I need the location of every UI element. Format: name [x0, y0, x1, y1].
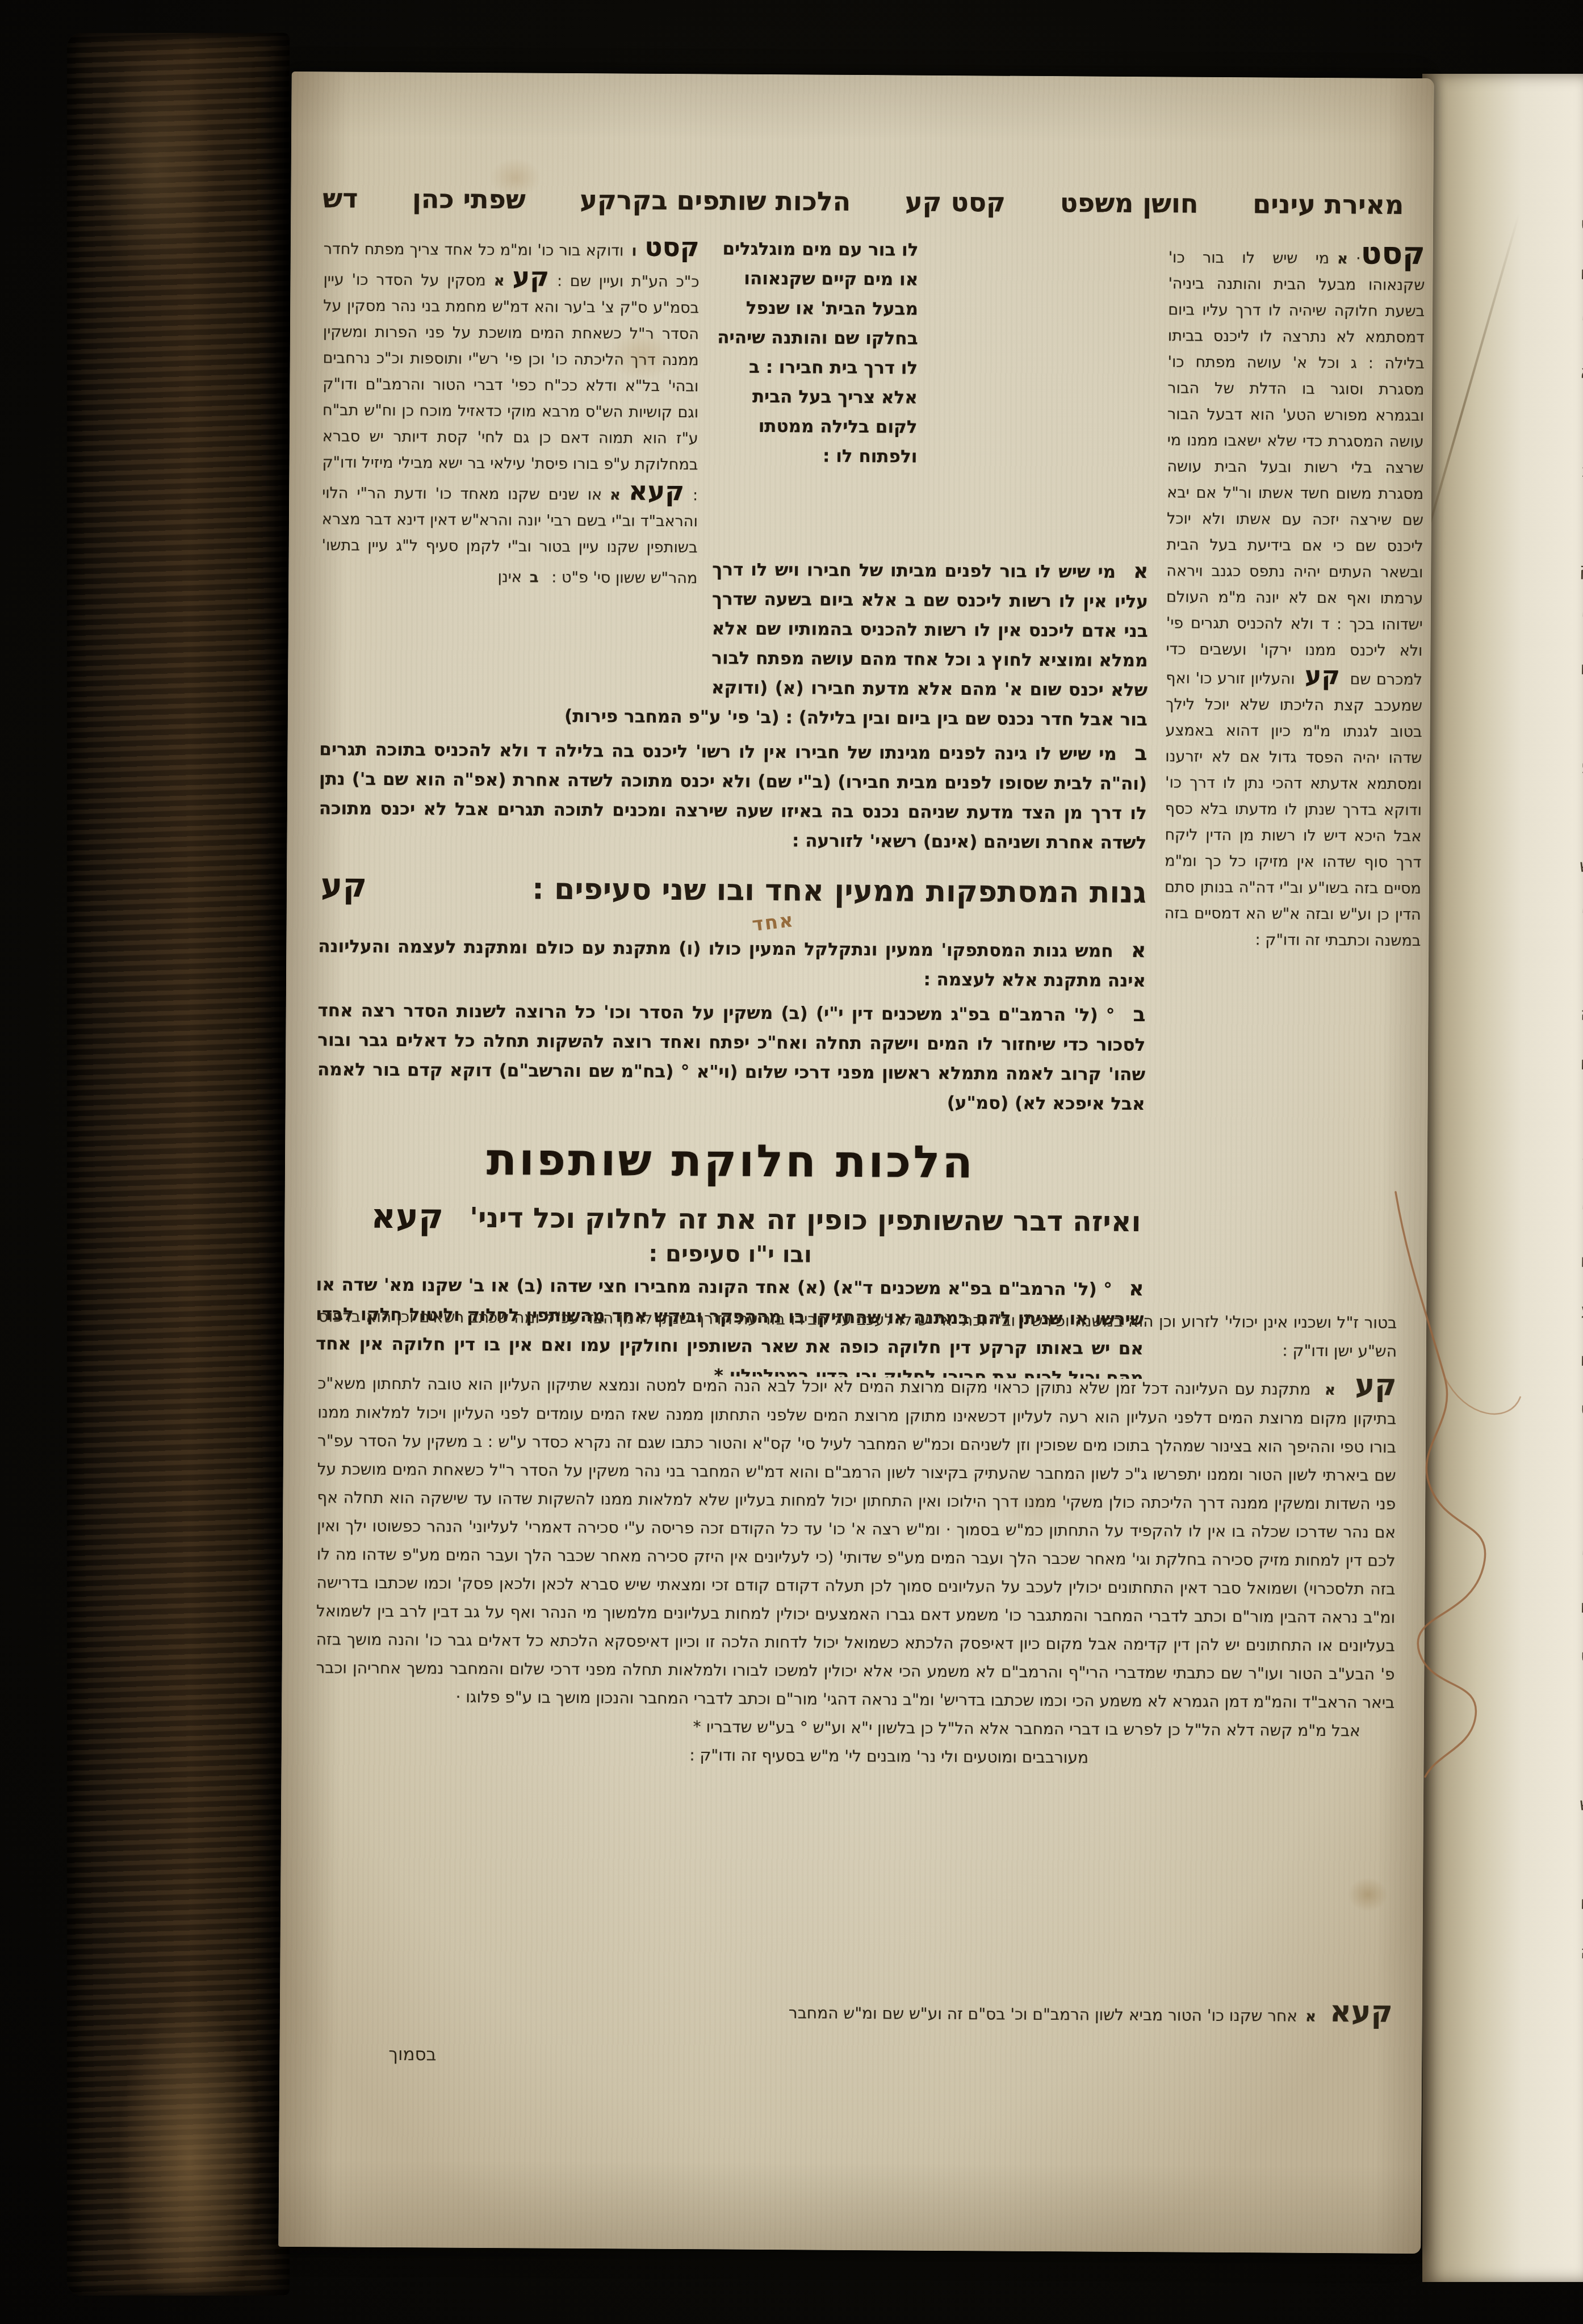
shach-siman-marker: קע: [513, 261, 550, 292]
edge-letter: ל: [1580, 611, 1583, 628]
sma-171-text: אחר שקנו כו' הטור מביא לשון הרמב"ם וכ' ב…: [789, 1999, 1298, 2030]
edge-letter: ט: [1580, 216, 1583, 233]
sma-transition-lines: בטור ז"ל ושכניו אינן יכולי' לזרוע וכן הו…: [318, 1302, 1397, 1366]
edge-letter: ל: [1580, 907, 1583, 925]
edge-letter: ם: [1580, 265, 1583, 283]
siman-171-heading: ואיזה דבר שהשותפין כופין זה את זה לחלוק …: [316, 1199, 1145, 1273]
page-crease: [1422, 212, 1521, 628]
shach-note-text: מסקין על הסדר כו' עיין בסמ"ע ס"ק צ' ב'ער…: [322, 271, 699, 504]
edge-letter: ם: [1580, 1599, 1583, 1616]
edge-letter: ר: [1580, 1154, 1583, 1172]
siman-171-subtitle: ובו י"ו סעיפים :: [316, 1235, 1144, 1273]
header-siman-numbers: קסט קע: [905, 186, 1006, 217]
edge-letter: ן: [1580, 1500, 1583, 1517]
next-page-edge: טםלאןביקלםךפושלנהםירלחעםסוןלםטוכשיםה: [1422, 74, 1583, 2282]
book-page: מאירת עינים חושן משפט קסט קע הלכות שותפי…: [278, 72, 1434, 2254]
sma-text-170: והעליון זורע כו' ואף שמעכב קצת הליכתו של…: [1165, 669, 1422, 950]
edge-letter: פ: [1580, 759, 1583, 777]
sma-170-note-letter: א: [1317, 1382, 1343, 1399]
seif-text: מי שיש לו גינה לפנים מגינתו של חבירו אין…: [319, 739, 1148, 853]
seif-letter: ב: [1123, 1003, 1146, 1026]
handwritten-annotation: אחד: [751, 909, 795, 936]
shach-commentary-column: קסטוודוקא בור כו' ומ"מ כל אחד צריך מפתח …: [321, 232, 700, 695]
sma-dot: ·: [1356, 250, 1361, 267]
shach-note-text: אינן: [498, 568, 522, 586]
shach-note-block: קעאמסקין על הסדר כו' עיין בסמ"ע ס"ק צ' ב…: [322, 271, 699, 504]
header-book-title: חושן משפט: [1060, 187, 1199, 219]
sma-commentary-column: קסט·אמי שיש לו בור כו' שקנאוהו מבעל הבית…: [1162, 237, 1425, 1373]
header-section-title: הלכות שותפים בקרקע: [580, 184, 851, 217]
shach-note-letter: א: [486, 272, 513, 290]
sma-171-first-line: קעא א אחר שקנו כו' הטור מביא לשון הרמב"ם…: [314, 1991, 1393, 2032]
seif-letter: ב: [1124, 742, 1147, 765]
header-commentary-right: מאירת עינים: [1253, 188, 1404, 220]
sma-171-siman-marker: קעא: [1324, 1998, 1393, 2027]
edge-letter: נ: [1580, 957, 1583, 974]
edge-letter: ע: [1580, 1302, 1583, 1320]
edge-letter: כ: [1580, 1747, 1583, 1764]
edge-letter: ל: [1580, 1203, 1583, 1221]
sma-siman-marker-170: קע: [1300, 661, 1345, 690]
sma-170-text: מתקנת עם העליונה דכל זמן שלא נתוקן כראוי…: [316, 1374, 1396, 1712]
seif-letter: א: [1121, 939, 1146, 962]
header-commentary-left: שפתי כהן: [412, 183, 526, 215]
edge-letter: ו: [1580, 1697, 1583, 1715]
seif-letter: א: [1119, 1277, 1144, 1301]
seif-letter: א: [1123, 560, 1148, 583]
sma-170-siman-marker: קע: [1350, 1368, 1397, 1403]
edge-letter: א: [1580, 364, 1583, 381]
edge-letter: ם: [1580, 660, 1583, 678]
siman-169-seif-2: ב מי שיש לו גינה לפנים מגינתו של חבירו א…: [319, 734, 1147, 858]
edge-letter: ה: [1580, 1944, 1583, 1962]
edge-letter: ש: [1580, 858, 1583, 875]
siman-171-number: קעא: [371, 1199, 443, 1234]
shach-note-block: באינן: [498, 568, 547, 586]
leather-binding: [67, 33, 290, 2296]
running-header: מאירת עינים חושן משפט קסט קע הלכות שותפי…: [323, 183, 1404, 220]
sma-text-169: מי שיש לו בור כו' שקנאוהו מבעל הבית והות…: [1166, 249, 1425, 689]
siman-170-seif-1: א חמש גנות המסתפקו' ממעין ונתקלקל המעין …: [318, 931, 1146, 996]
sma-note-letter: א: [1329, 250, 1356, 267]
hilchot-section-heading: הלכות חלוקת שותפות: [317, 1133, 1145, 1189]
edge-letter: ו: [1580, 1450, 1583, 1468]
edge-letter: ס: [1580, 1401, 1583, 1419]
edge-letter: ן: [1580, 413, 1583, 431]
shach-note-letter: א: [602, 486, 629, 504]
edge-letter: ח: [1580, 1253, 1583, 1270]
main-text-area: קסטוודוקא בור כו' ומ"מ כל אחד צריך מפתח …: [316, 232, 1150, 1379]
siman-170-heading: גנות המסתפקות ממעין אחד ובו שני סעיפים :…: [319, 867, 1146, 916]
shach-siman-marker: קסט: [644, 232, 700, 262]
shach-note-letter: ו: [623, 242, 644, 259]
seif-text: ° (ל' הרמב"ם בפ"ג משכנים דין י"י) (ב) מש…: [317, 1000, 1146, 1114]
shach-siman-marker: קעא: [629, 476, 684, 507]
edge-letter: י: [1580, 512, 1583, 530]
edge-letter: ך: [1580, 710, 1583, 727]
edge-letter: י: [1580, 1845, 1583, 1863]
edge-letter: י: [1580, 1105, 1583, 1122]
edge-letter: ל: [1580, 1549, 1583, 1567]
cut-off-text-edge: טםלאןביקלםךפושלנהםירלחעםסוןלםטוכשיםה: [1580, 216, 1583, 1962]
catchword: בסמוך: [388, 2044, 436, 2065]
siman-170-number: קע: [321, 869, 367, 901]
edge-letter: ה: [1580, 1006, 1583, 1023]
edge-letter: ו: [1580, 808, 1583, 826]
edge-letter: ם: [1580, 1055, 1583, 1073]
edge-letter: ב: [1580, 463, 1583, 480]
sma-170-block: קע א מתקנת עם העליונה דכל זמן שלא נתוקן …: [316, 1365, 1397, 1717]
siman-170-seif-2: ב ° (ל' הרמב"ם בפ"ג משכנים דין י"י) (ב) …: [317, 995, 1146, 1119]
sma-fullwidth-block: בטור ז"ל ושכניו אינן יכולי' לזרוע וכן הו…: [314, 1302, 1397, 1995]
sma-171-note-letter: א: [1297, 2003, 1324, 2031]
shach-note-letter: ב: [522, 569, 547, 586]
seif-text: חמש גנות המסתפקו' ממעין ונתקלקל המעין כו…: [318, 936, 1146, 991]
edge-letter: ט: [1580, 1648, 1583, 1666]
scanned-book-photo: { "header": { "commentary_right": "מאירת…: [0, 0, 1583, 2324]
header-quire-signature: דש: [323, 183, 358, 213]
edge-letter: ל: [1580, 314, 1583, 332]
sma-siman-marker: קסט: [1360, 237, 1425, 271]
siman-170-title: גנות המסתפקות ממעין אחד ובו שני סעיפים :: [319, 867, 1146, 913]
edge-letter: ם: [1580, 1352, 1583, 1369]
edge-letter: ם: [1580, 1895, 1583, 1912]
edge-letter: ש: [1580, 1796, 1583, 1814]
edge-letter: ק: [1580, 561, 1583, 579]
